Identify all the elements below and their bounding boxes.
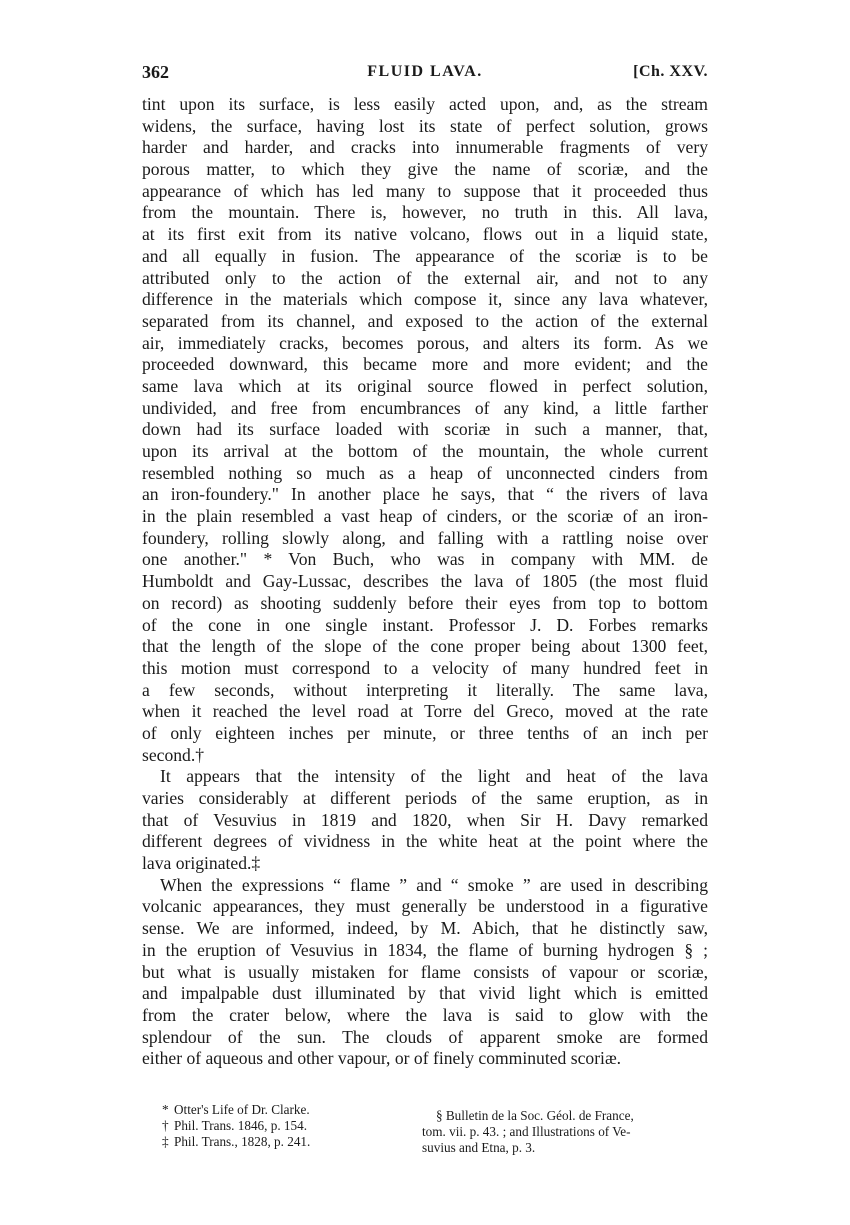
text-line: from the mountain. There is, however, no… xyxy=(142,202,708,224)
text-line: resembled nothing so much as a heap of u… xyxy=(142,463,708,485)
text-line: It appears that the intensity of the lig… xyxy=(142,766,708,788)
text-line: same lava which at its original source f… xyxy=(142,376,708,398)
footnote-text: Phil. Trans., 1828, p. 241. xyxy=(174,1134,310,1149)
text-line: and impalpable dust illuminated by that … xyxy=(142,983,708,1005)
text-line: proceeded downward, this became more and… xyxy=(142,354,708,376)
text-line: varies considerably at different periods… xyxy=(142,788,708,810)
text-line: of the cone in one single instant. Profe… xyxy=(142,615,708,637)
chapter-label: [Ch. XXV. xyxy=(633,60,708,84)
running-head: 362 FLUID LAVA. [Ch. XXV. xyxy=(142,60,708,88)
footnote-dagger: †Phil. Trans. 1846, p. 154. xyxy=(162,1118,392,1134)
footnote-text: tom. vii. p. 43. ; and Illustrations of … xyxy=(422,1124,722,1140)
footnote-mark: † xyxy=(162,1118,174,1134)
text-line: in the eruption of Vesuvius in 1834, the… xyxy=(142,940,708,962)
text-line: lava originated.‡ xyxy=(142,853,708,875)
text-line: When the expressions “ flame ” and “ smo… xyxy=(142,875,708,897)
text-line: second.† xyxy=(142,745,708,767)
text-line: foundery, rolling slowly along, and fall… xyxy=(142,528,708,550)
text-line: of only eighteen inches per minute, or t… xyxy=(142,723,708,745)
footnote-text: Phil. Trans. 1846, p. 154. xyxy=(174,1118,307,1133)
text-line: on record) as shooting suddenly before t… xyxy=(142,593,708,615)
footnote-text: suvius and Etna, p. 3. xyxy=(422,1140,722,1156)
text-line: that the length of the slope of the cone… xyxy=(142,636,708,658)
text-line: and all equally in fusion. The appearanc… xyxy=(142,246,708,268)
text-line: this motion must correspond to a velocit… xyxy=(142,658,708,680)
text-line: widens, the surface, having lost its sta… xyxy=(142,116,708,138)
body-text: tint upon its surface, is less easily ac… xyxy=(142,94,708,1070)
text-line: Humboldt and Gay-Lussac, describes the l… xyxy=(142,571,708,593)
text-line: difference in the materials which compos… xyxy=(142,289,708,311)
paragraph-1: tint upon its surface, is less easily ac… xyxy=(142,94,708,766)
text-line: an iron-foundery." In another place he s… xyxy=(142,484,708,506)
text-line: appearance of which has led many to supp… xyxy=(142,181,708,203)
text-line: either of aqueous and other vapour, or o… xyxy=(142,1048,708,1070)
text-line: attributed only to the action of the ext… xyxy=(142,268,708,290)
footnote-mark: * xyxy=(162,1102,174,1118)
paragraph-2: It appears that the intensity of the lig… xyxy=(142,766,708,874)
text-line: a few seconds, without interpreting it l… xyxy=(142,680,708,702)
footnote-text: Otter's Life of Dr. Clarke. xyxy=(174,1102,310,1117)
footnote-mark: ‡ xyxy=(162,1134,174,1150)
text-line: separated from its channel, and exposed … xyxy=(142,311,708,333)
text-line: upon its arrival at the bottom of the mo… xyxy=(142,441,708,463)
text-line: in the plain resembled a vast heap of ci… xyxy=(142,506,708,528)
footnote-double-dagger: ‡Phil. Trans., 1828, p. 241. xyxy=(162,1134,392,1150)
text-line: sense. We are informed, indeed, by M. Ab… xyxy=(142,918,708,940)
text-line: harder and harder, and cracks into innum… xyxy=(142,137,708,159)
text-line: undivided, and free from encumbrances of… xyxy=(142,398,708,420)
footnote-text: § Bulletin de la Soc. Géol. de France, xyxy=(422,1108,722,1124)
text-line: when it reached the level road at Torre … xyxy=(142,701,708,723)
running-title: FLUID LAVA. xyxy=(142,60,708,84)
book-page: 362 FLUID LAVA. [Ch. XXV. tint upon its … xyxy=(142,60,708,1070)
footnote-section: § Bulletin de la Soc. Géol. de France, t… xyxy=(422,1108,722,1156)
text-line: one another." * Von Buch, who was in com… xyxy=(142,549,708,571)
text-line: porous matter, to which they give the na… xyxy=(142,159,708,181)
text-line: down had its surface loaded with scoriæ … xyxy=(142,419,708,441)
text-line: tint upon its surface, is less easily ac… xyxy=(142,94,708,116)
text-line: volcanic appearances, they must generall… xyxy=(142,896,708,918)
paragraph-3: When the expressions “ flame ” and “ smo… xyxy=(142,875,708,1070)
footnotes-left-column: *Otter's Life of Dr. Clarke. †Phil. Tran… xyxy=(162,1102,392,1150)
text-line: air, immediately cracks, becomes porous,… xyxy=(142,333,708,355)
text-line: splendour of the sun. The clouds of appa… xyxy=(142,1027,708,1049)
text-line: from the crater below, where the lava is… xyxy=(142,1005,708,1027)
footnote-asterisk: *Otter's Life of Dr. Clarke. xyxy=(162,1102,392,1118)
text-line: that of Vesuvius in 1819 and 1820, when … xyxy=(142,810,708,832)
text-line: but what is usually mistaken for flame c… xyxy=(142,962,708,984)
text-line: different degrees of vividness in the wh… xyxy=(142,831,708,853)
text-line: at its first exit from its native volcan… xyxy=(142,224,708,246)
